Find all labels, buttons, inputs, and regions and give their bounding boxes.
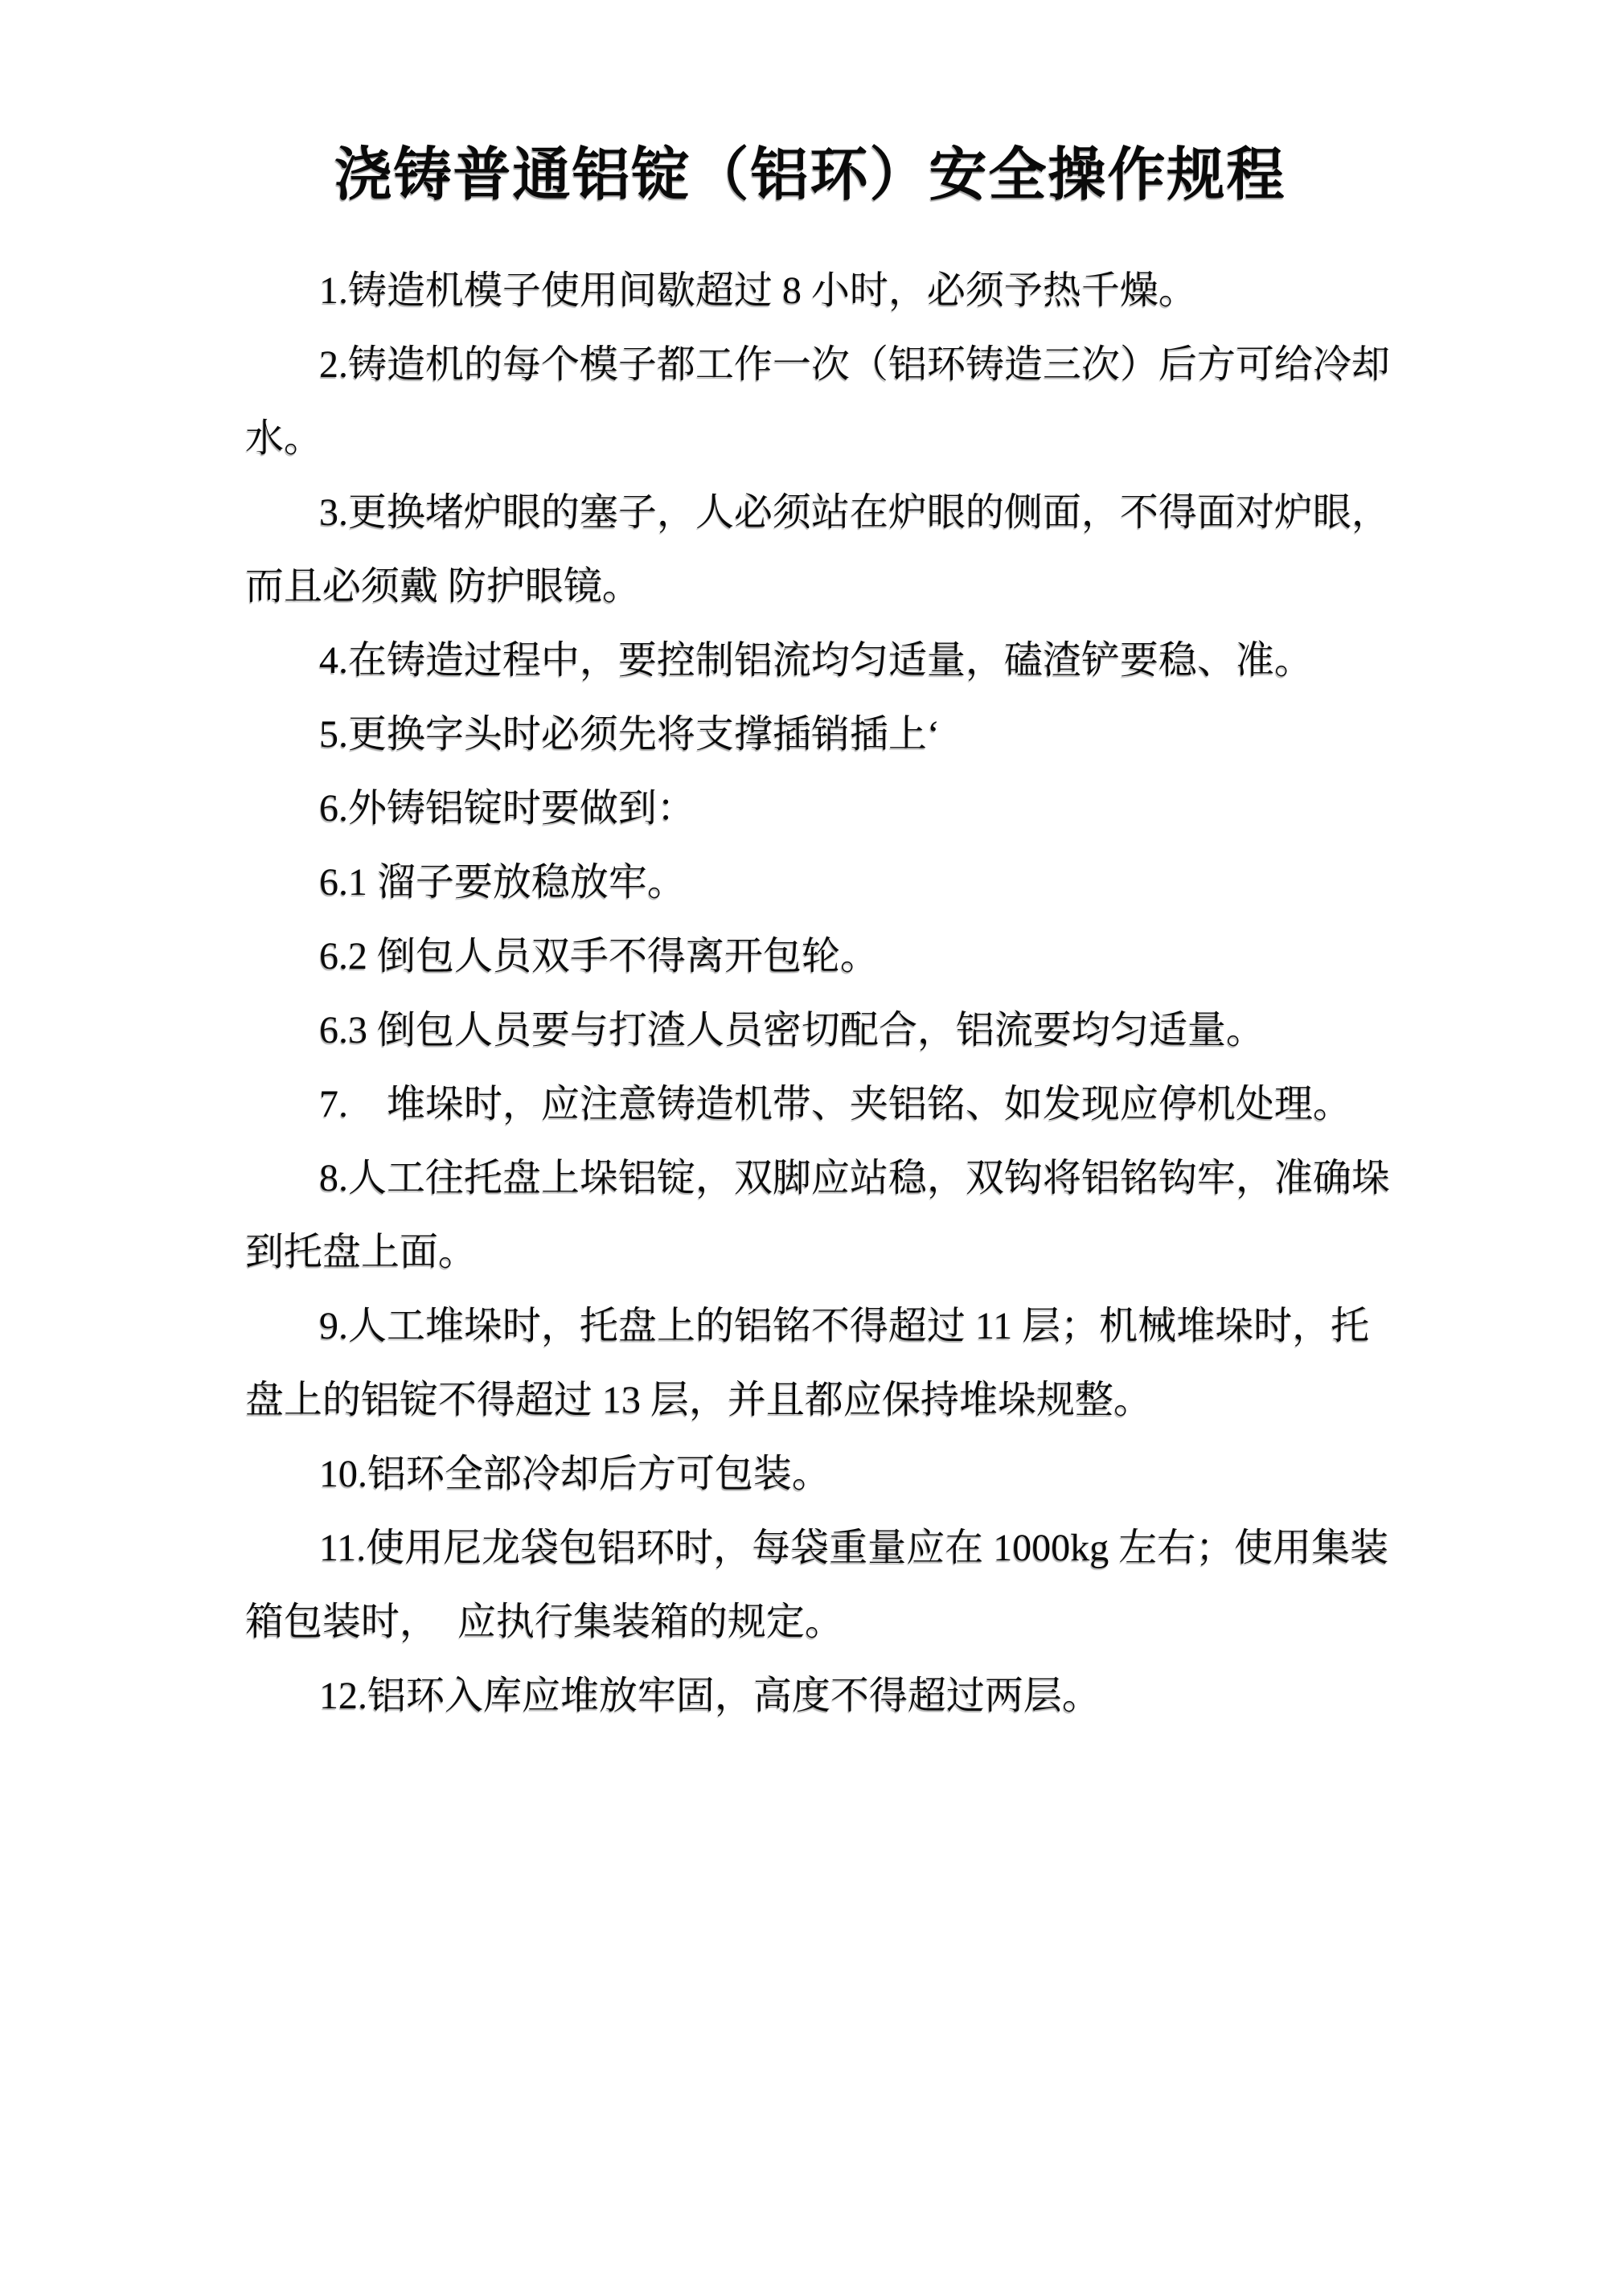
text-line: 1.铸造机模子使用间歇超过 8 小时，必须予热千燥。 [245, 254, 1375, 328]
text-line: 10.铝环全部冷却后方可包装。 [245, 1437, 1375, 1511]
text-line: 11.使用尼龙袋包铝环时，每袋重量应在 1000kg 左右；使用集装 [245, 1511, 1375, 1585]
text-line: 4.在铸造过程中，要控制铝流均匀适量，磕渣铲要稳、准。 [245, 624, 1375, 698]
text-line: 6.外铸铝锭时要做到： [245, 772, 1375, 846]
document-page: 浇铸普通铝锭（铝环）安全操作规程 1.铸造机模子使用间歇超过 8 小时，必须予热… [0, 0, 1624, 2296]
page-title: 浇铸普通铝锭（铝环）安全操作规程 [245, 137, 1375, 214]
text-line: 8.人工往托盘上垛铝锭，双脚应站稳，双钩将铝铭钩牢，准确垛 [245, 1142, 1375, 1216]
document-body: 1.铸造机模子使用间歇超过 8 小时，必须予热千燥。2.铸造机的每个模子都工作一… [245, 254, 1375, 1733]
text-line: 9.人工堆垛时，托盘上的铝铭不得超过 11 层；机械堆垛时，托 [245, 1289, 1375, 1363]
text-line: 水。 [245, 402, 1375, 476]
text-line: 而且必须戴 防护眼镜。 [245, 550, 1375, 624]
text-line: 2.铸造机的每个模子都工作一次（铝环铸造三次）后方可给冷却 [245, 328, 1375, 402]
text-line: 12.铝环入库应堆放牢固，高度不得超过两层。 [245, 1659, 1375, 1733]
text-line: 盘上的铝锭不得超过 13 层，并且都应保持堆垛规整。 [245, 1363, 1375, 1437]
text-line: 箱包装时， 应执行集装箱的规定。 [245, 1585, 1375, 1659]
text-line: 6.1 溜子要放稳放牢。 [245, 846, 1375, 920]
text-line: 3.更换堵炉眼的塞子，人必须站在炉眼的侧面，不得面对炉眼， [245, 476, 1375, 550]
text-line: 7. 堆垛时，应注意铸造机带、夹铝铭、如发现应停机处理。 [245, 1068, 1375, 1142]
text-line: 6.2 倒包人员双手不得离开包轮。 [245, 920, 1375, 994]
text-line: 6.3 倒包人员要与打渣人员密切配合，铝流要均匀适量。 [245, 994, 1375, 1068]
text-line: 5.更换字头时必须先将支撑插销插上‘ [245, 698, 1375, 772]
text-line: 到托盘上面。 [245, 1216, 1375, 1289]
